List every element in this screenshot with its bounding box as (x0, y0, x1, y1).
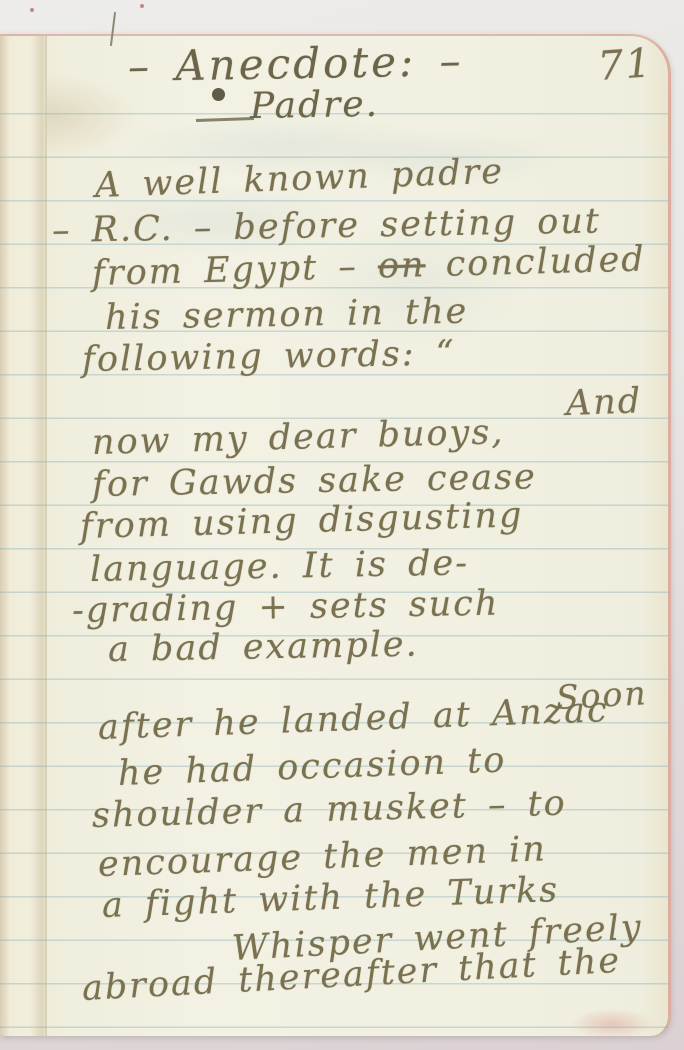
handwritten-line: -grading + sets such (72, 584, 500, 631)
page-title: – Anecdote: – (128, 36, 464, 91)
handwritten-line: language. It is de- (90, 543, 470, 590)
page-subtitle: Padre. (250, 84, 380, 127)
handwritten-line: following words: “ (82, 333, 456, 380)
handwritten-line: his sermon in the (105, 292, 469, 338)
line-text: from Egypt – (91, 247, 378, 294)
page-number: 71 (596, 40, 654, 90)
ink-blot (212, 88, 225, 101)
handwritten-line: a bad example. (108, 625, 419, 670)
notebook-page: – Anecdote: – 71 Padre. A well known pad… (0, 34, 671, 1036)
red-speck (140, 4, 144, 8)
struck-word: on (377, 245, 426, 286)
handwritten-line: And (565, 381, 643, 424)
photo-background: – Anecdote: – 71 Padre. A well known pad… (0, 0, 684, 1050)
red-speck (30, 8, 34, 12)
line-text: concluded (425, 240, 646, 286)
